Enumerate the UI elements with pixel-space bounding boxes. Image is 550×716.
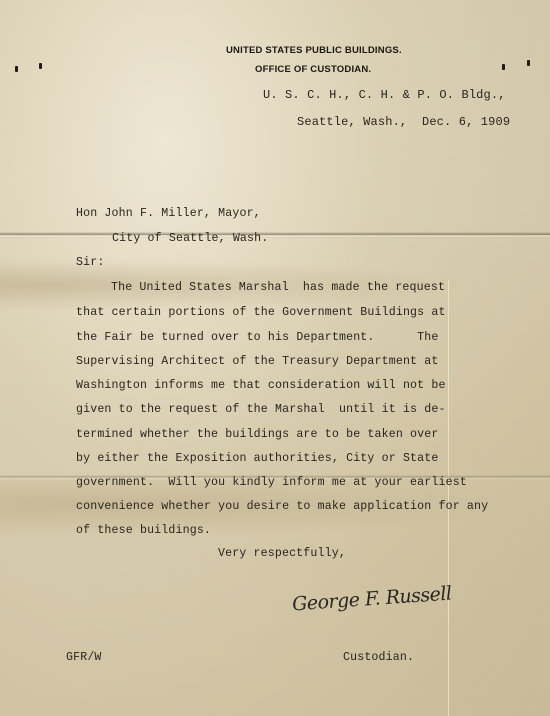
body-line: convenience whether you desire to make a…	[76, 500, 488, 513]
body-line: Washington informs me that consideration…	[76, 379, 446, 392]
body-line: termined whether the buildings are to be…	[76, 428, 438, 441]
signature: George F. Russell	[291, 582, 452, 615]
body-line: of these buildings.	[76, 524, 211, 537]
body-line: Supervising Architect of the Treasury De…	[76, 355, 438, 368]
addressee-line-1: Hon John F. Miller, Mayor,	[76, 207, 261, 220]
letter-page: UNITED STATES PUBLIC BUILDINGS. OFFICE O…	[0, 0, 550, 716]
closing: Very respectfully,	[218, 547, 346, 560]
salutation: Sir:	[76, 256, 104, 269]
body-line: government. Will you kindly inform me at…	[76, 476, 467, 489]
body-line: that certain portions of the Government …	[76, 306, 446, 319]
letterhead-line-1: UNITED STATES PUBLIC BUILDINGS.	[226, 45, 402, 56]
body-line: The United States Marshal has made the r…	[111, 281, 445, 294]
addressee-line-2: City of Seattle, Wash.	[112, 232, 268, 245]
paper-fold	[0, 232, 550, 238]
punch-hole-mark	[39, 63, 42, 69]
punch-hole-mark	[502, 64, 505, 70]
reference-initials: GFR/W	[66, 651, 102, 664]
margin-line	[448, 280, 449, 716]
body-line: given to the request of the Marshal unti…	[76, 403, 446, 416]
body-line: by either the Exposition authorities, Ci…	[76, 452, 438, 465]
letterhead-building: U. S. C. H., C. H. & P. O. Bldg.,	[263, 88, 506, 102]
punch-hole-mark	[15, 66, 18, 72]
body-line: the Fair be turned over to his Departmen…	[76, 331, 438, 344]
letterhead-line-2: OFFICE OF CUSTODIAN.	[255, 64, 371, 75]
date-line: Seattle, Wash., Dec. 6, 1909	[297, 115, 510, 129]
punch-hole-mark	[527, 60, 530, 66]
signer-title: Custodian.	[343, 651, 414, 664]
